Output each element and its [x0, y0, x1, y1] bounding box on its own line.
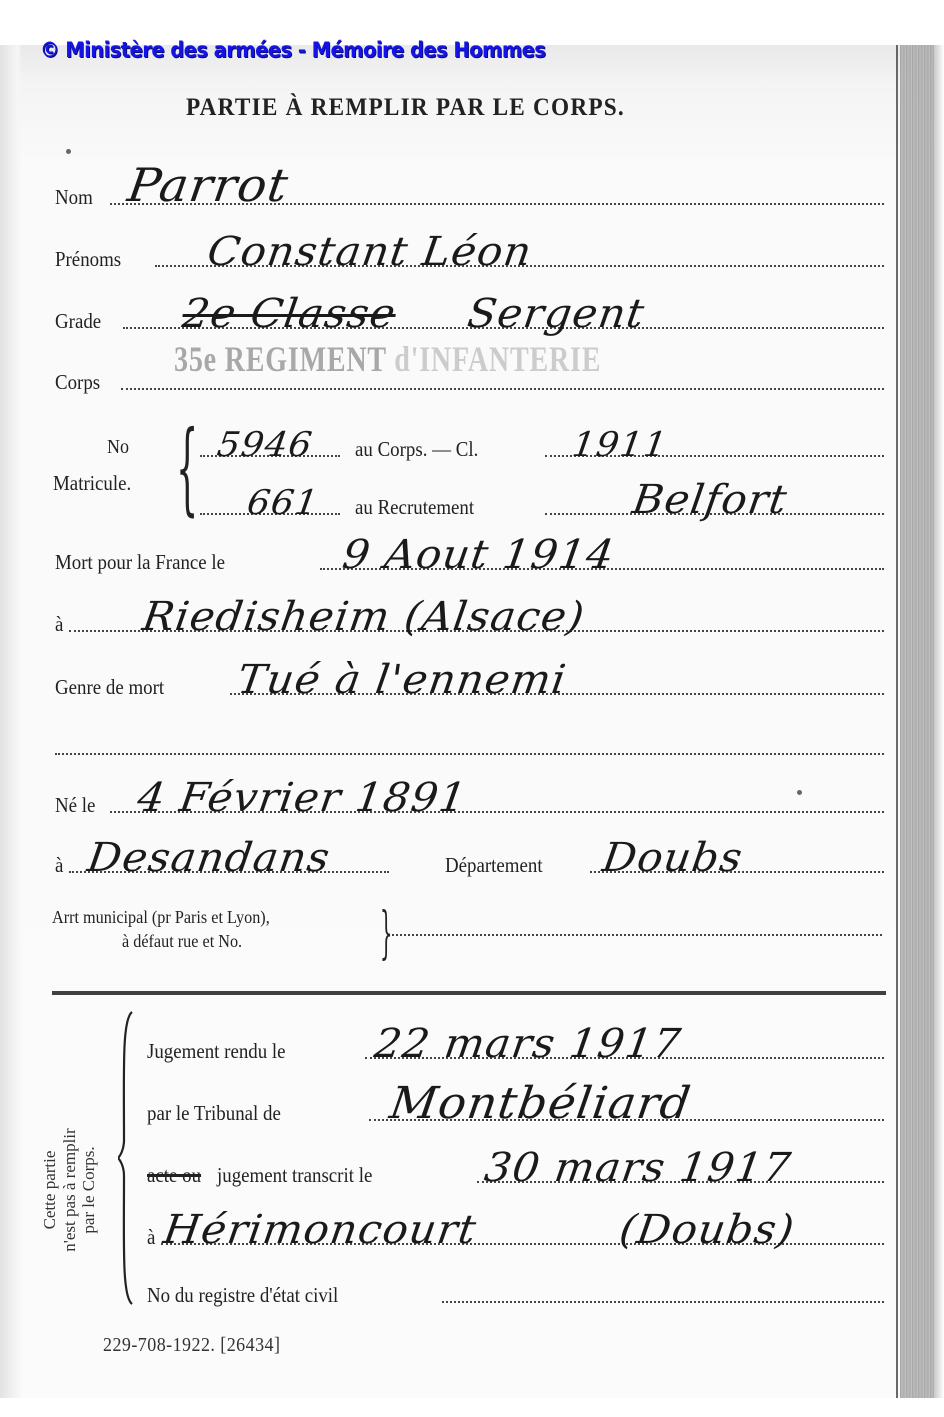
handwritten-value: 1911 [570, 428, 670, 462]
handwritten-value: Constant Léon [205, 232, 535, 272]
field-tribunal: par le Tribunal de Montbéliard [147, 1094, 884, 1124]
ink-dot [66, 149, 71, 154]
handwritten-value: 22 mars 1917 [372, 1024, 684, 1064]
field-registre: No du registre d'état civil [147, 1276, 884, 1306]
handwritten-value: (Doubs) [617, 1210, 797, 1250]
section-divider [52, 991, 886, 995]
field-label: à [55, 855, 63, 876]
field-ne-lieu: à Desandans Département Doubs [55, 846, 884, 876]
field-label: au Recrutement [355, 497, 474, 518]
brace: } [380, 906, 392, 962]
field-genre-mort: Genre de mort Tué à l'ennemi [55, 668, 884, 698]
form-title: PARTIE À REMPLIR PAR LE CORPS. [186, 94, 625, 122]
field-label: Jugement rendu le [147, 1041, 286, 1062]
dotted-line [392, 934, 882, 936]
page-gutter-fade [934, 45, 944, 1398]
field-jugement-rendu: Jugement rendu le 22 mars 1917 [147, 1032, 884, 1062]
field-grade: Grade 2e Classe Sergent [55, 302, 884, 332]
field-label: Corps [55, 372, 100, 393]
field-label: Mort pour la France le [55, 552, 225, 573]
copyright-watermark: © Ministère des armées - Mémoire des Hom… [40, 38, 545, 62]
field-label: à [147, 1227, 155, 1248]
side-note-line: n'est pas à remplir [60, 1080, 80, 1300]
handwritten-value: Parrot [125, 162, 292, 208]
field-ne-le: Né le 4 Février 1891 [55, 786, 884, 816]
field-label: Nom [55, 187, 93, 208]
handwritten-value: Riedisheim (Alsace) [140, 597, 587, 637]
handwritten-value: Belfort [630, 480, 790, 520]
struck-label: acte ou [147, 1165, 201, 1186]
field-label: Arrt municipal (pr Paris et Lyon), [52, 908, 270, 926]
side-note-line: Cette partie [40, 1080, 60, 1300]
dotted-line [55, 753, 884, 755]
dotted-line [121, 388, 884, 390]
field-transcrit: acte ou jugement transcrit le 30 mars 19… [147, 1156, 884, 1186]
scan-left-shade [0, 45, 22, 1398]
field-label: Grade [55, 311, 101, 332]
matricule-label: Matricule. [53, 473, 131, 494]
handwritten-struck-value: 2e Classe [180, 294, 399, 334]
field-label: Genre de mort [55, 677, 164, 698]
matricule-recrutement-line: 661 au Recrutement Belfort [200, 488, 884, 518]
matricule-no-label: No [107, 437, 129, 457]
handwritten-value: Hérimoncourt [161, 1210, 479, 1250]
matricule-corps-line: 5946 au Corps. — Cl. 1911 [200, 430, 884, 460]
field-prenoms: Prénoms Constant Léon [55, 240, 884, 270]
handwritten-value: Tué à l'ennemi [235, 660, 569, 700]
field-label: Département [445, 855, 543, 876]
handwritten-value: 661 [245, 486, 321, 520]
handwritten-value: 4 Février 1891 [135, 778, 470, 818]
field-label: Prénoms [55, 249, 121, 270]
side-brace [118, 1010, 136, 1306]
handwritten-value: Montbéliard [387, 1082, 694, 1126]
field-label: No du registre d'état civil [147, 1285, 338, 1306]
page-gutter-shadow [900, 45, 936, 1398]
print-reference: 229-708-1922. [26434] [103, 1334, 280, 1357]
field-label: Né le [55, 795, 95, 816]
handwritten-value: Desandans [85, 838, 333, 878]
handwritten-value: 9 Aout 1914 [340, 535, 617, 575]
field-label: par le Tribunal de [147, 1103, 281, 1124]
handwritten-value: 5946 [215, 428, 315, 462]
field-mort-lieu: à Riedisheim (Alsace) [55, 605, 884, 635]
field-nom: Nom Parrot [55, 178, 884, 208]
field-label: à [55, 614, 63, 635]
page-edge-line [896, 45, 898, 1398]
handwritten-value: Sergent [465, 294, 647, 334]
field-corps: Corps [55, 363, 884, 393]
field-transcription-lieu: à Hérimoncourt (Doubs) [147, 1218, 884, 1248]
side-note-line: par le Corps. [79, 1080, 99, 1300]
handwritten-value: 30 mars 1917 [482, 1148, 794, 1188]
field-label: à défaut rue et No. [122, 932, 242, 950]
handwritten-value: Doubs [600, 838, 745, 878]
blank-line [55, 728, 884, 758]
field-label: jugement transcrit le [217, 1165, 372, 1186]
field-label: au Corps. — Cl. [355, 439, 478, 460]
brace: { [176, 418, 198, 518]
field-mort-date: Mort pour la France le 9 Aout 1914 [55, 543, 884, 573]
dotted-line [442, 1301, 884, 1303]
side-note: Cette partie n'est pas à remplir par le … [40, 1080, 130, 1300]
